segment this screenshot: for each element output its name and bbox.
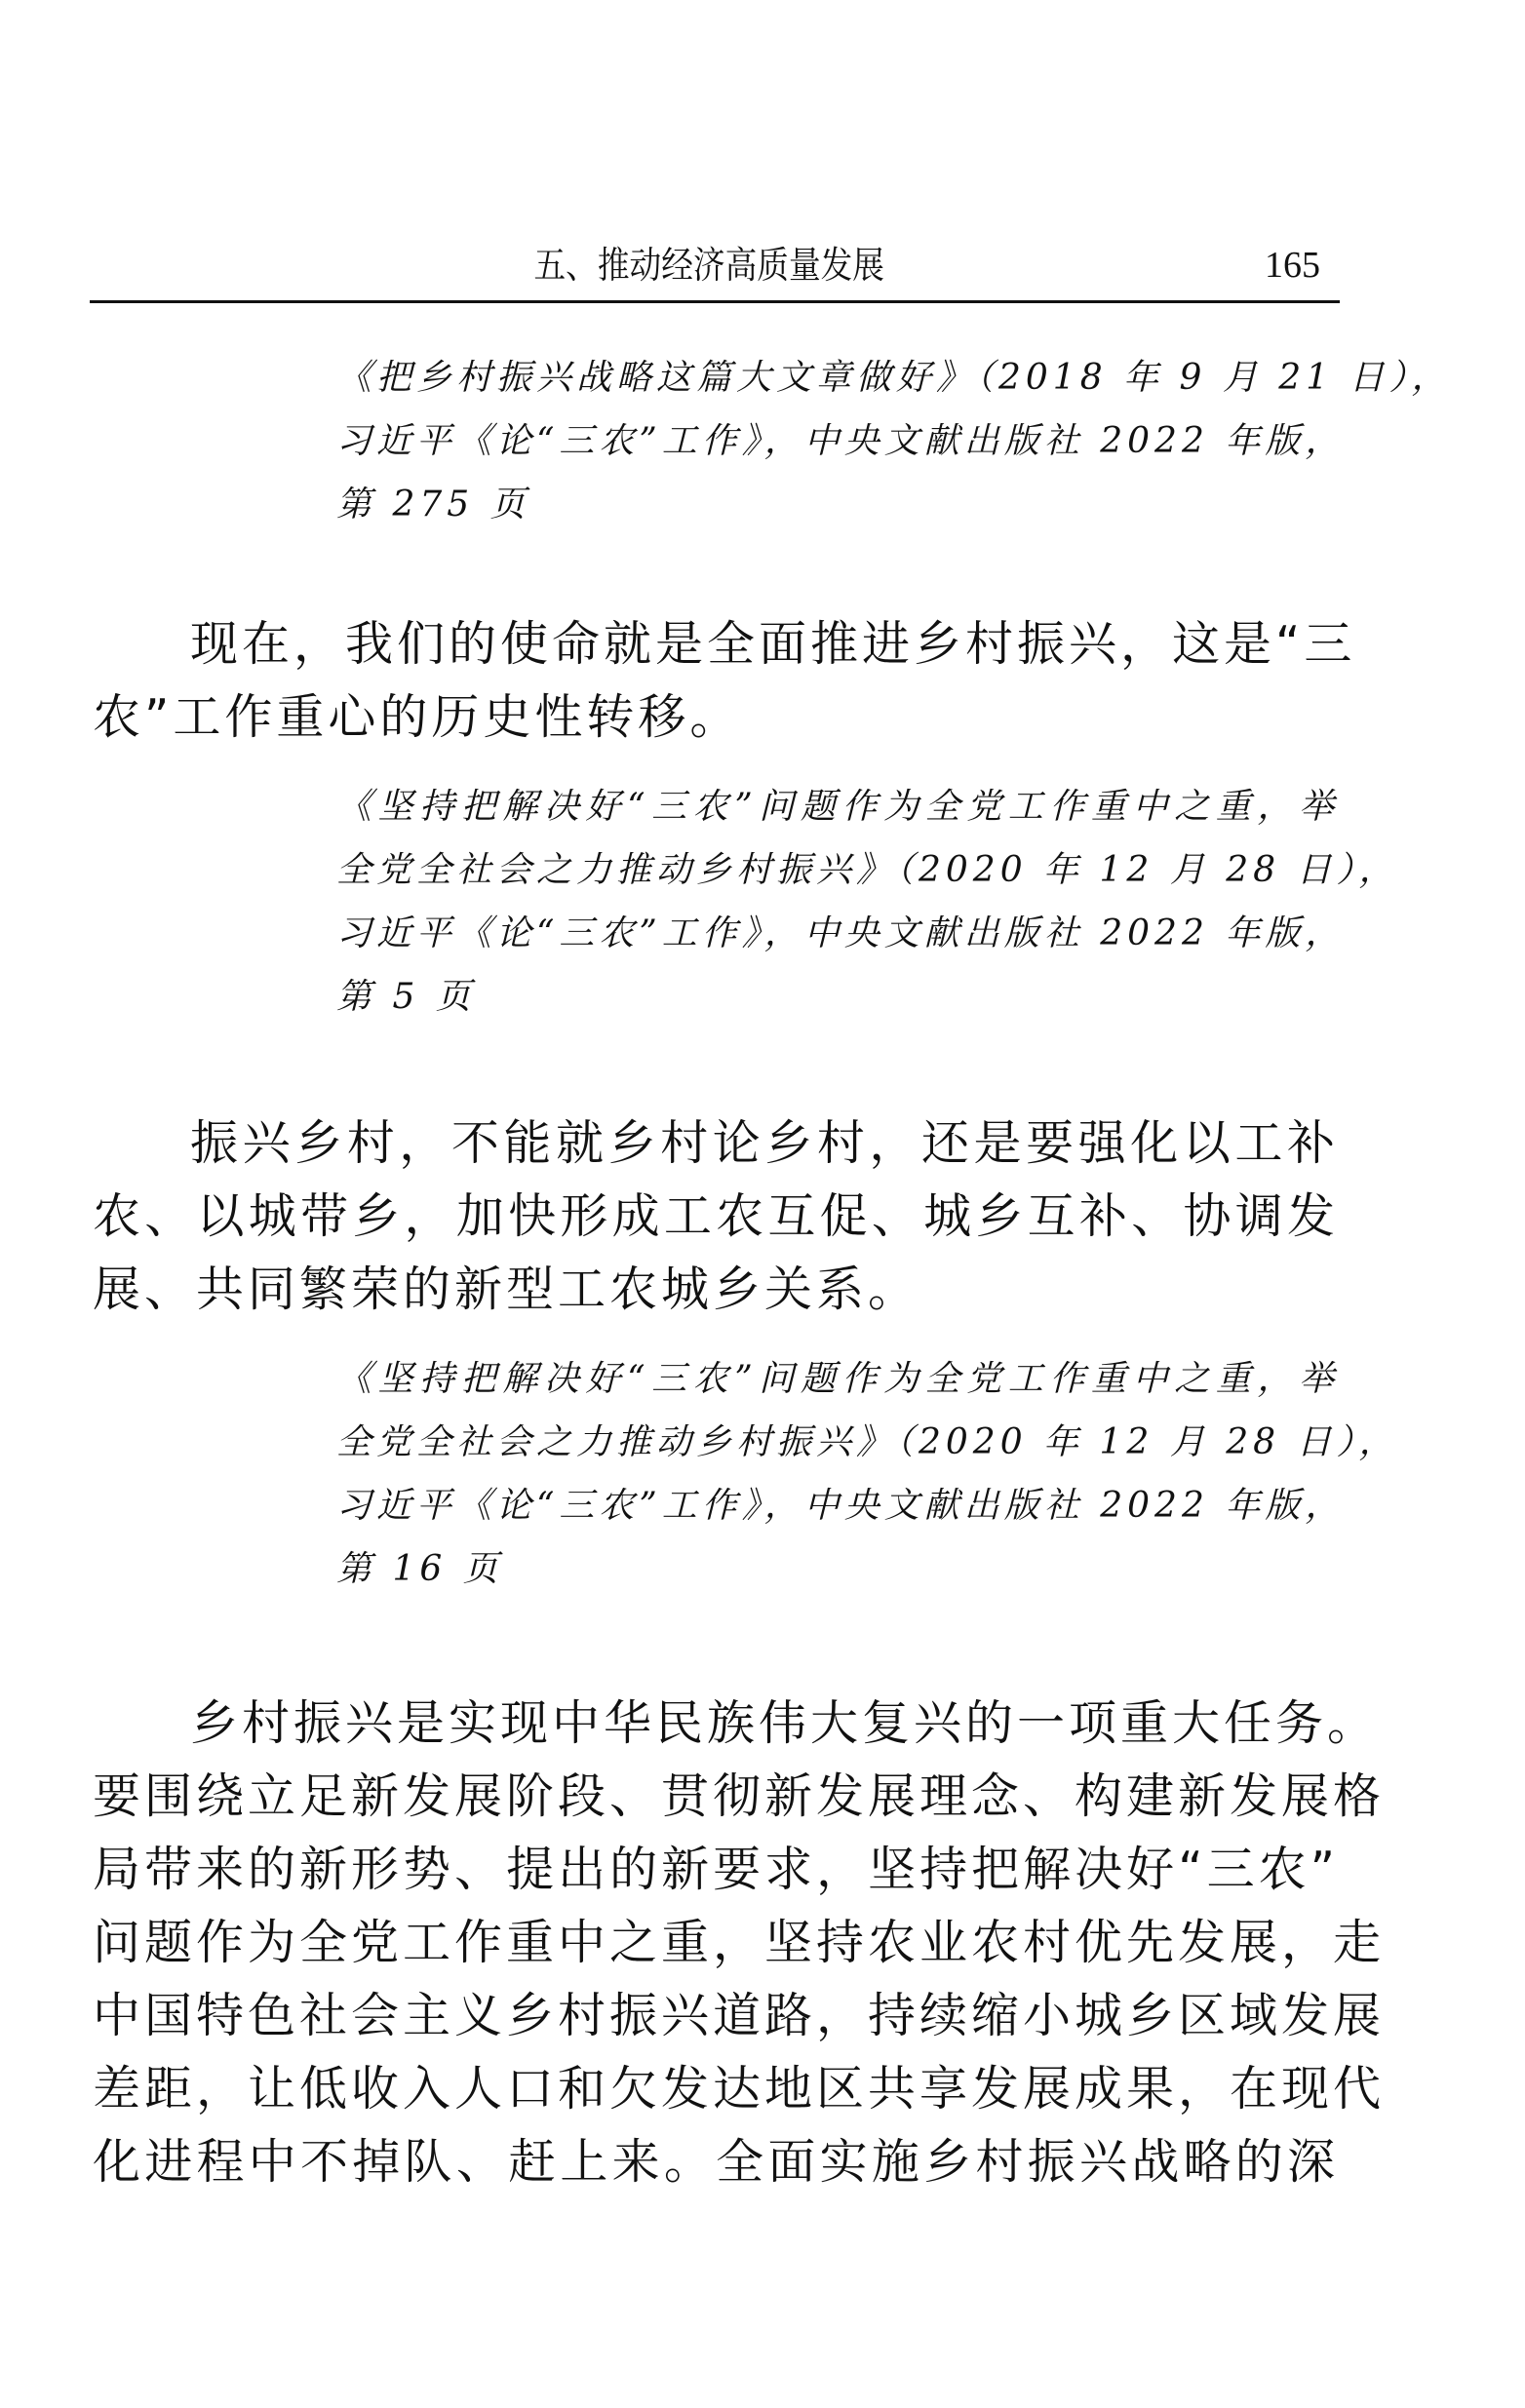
citation-line: 《坚持把解决好“三农”问题作为全党工作重中之重，举 — [336, 775, 1339, 838]
citation-line: 第 275 页 — [336, 473, 1339, 536]
paragraph-1: 现在，我们的使命就是全面推进乡村振兴，这是“三 农”工作重心的历史性转移。 — [93, 607, 1339, 754]
paragraph-line: 要围绕立足新发展阶段、贯彻新发展理念、构建新发展格 — [93, 1760, 1339, 1833]
citation-line: 习近平《论“三农”工作》，中央文献出版社 2022 年版， — [336, 409, 1339, 473]
paragraph-line: 振兴乡村，不能就乡村论乡村，还是要强化以工补 — [93, 1107, 1339, 1180]
paragraph-line: 局带来的新形势、提出的新要求，坚持把解决好“三农” — [93, 1833, 1339, 1906]
paragraph-line: 差距，让低收入人口和欠发达地区共享发展成果，在现代 — [93, 2052, 1339, 2125]
paragraph-line: 展、共同繁荣的新型工农城乡关系。 — [93, 1253, 1339, 1326]
paragraph-line: 问题作为全党工作重中之重，坚持农业农村优先发展，走 — [93, 1906, 1339, 1979]
citation-line: 全党全社会之力推动乡村振兴》（2020 年 12 月 28 日）， — [336, 838, 1339, 902]
paragraph-3: 乡村振兴是实现中华民族伟大复兴的一项重大任务。 要围绕立足新发展阶段、贯彻新发展… — [93, 1687, 1339, 2198]
paragraph-line: 现在，我们的使命就是全面推进乡村振兴，这是“三 — [93, 607, 1339, 680]
citation-3: 《坚持把解决好“三农”问题作为全党工作重中之重，举 全党全社会之力推动乡村振兴》… — [336, 1347, 1339, 1601]
paragraph-2: 振兴乡村，不能就乡村论乡村，还是要强化以工补 农、以城带乡，加快形成工农互促、城… — [93, 1107, 1339, 1326]
page-number: 165 — [1265, 236, 1320, 294]
citation-line: 习近平《论“三农”工作》，中央文献出版社 2022 年版， — [336, 902, 1339, 965]
paragraph-line: 化进程中不掉队、赶上来。全面实施乡村振兴战略的深 — [93, 2125, 1339, 2198]
citation-1: 《把乡村振兴战略这篇大文章做好》（2018 年 9 月 21 日）， 习近平《论… — [336, 346, 1339, 536]
citation-line: 第 5 页 — [336, 965, 1339, 1029]
citation-line: 全党全社会之力推动乡村振兴》（2020 年 12 月 28 日）， — [336, 1411, 1339, 1474]
citation-line: 第 16 页 — [336, 1537, 1339, 1601]
citation-2: 《坚持把解决好“三农”问题作为全党工作重中之重，举 全党全社会之力推动乡村振兴》… — [336, 775, 1339, 1029]
header-rule — [90, 300, 1340, 303]
paragraph-line: 乡村振兴是实现中华民族伟大复兴的一项重大任务。 — [93, 1687, 1339, 1760]
citation-line: 《把乡村振兴战略这篇大文章做好》（2018 年 9 月 21 日）， — [336, 346, 1339, 409]
paragraph-line: 农”工作重心的历史性转移。 — [93, 680, 1339, 754]
paragraph-line: 农、以城带乡，加快形成工农互促、城乡互补、协调发 — [93, 1180, 1339, 1253]
paragraph-line: 中国特色社会主义乡村振兴道路，持续缩小城乡区域发展 — [93, 1979, 1339, 2052]
citation-line: 习近平《论“三农”工作》，中央文献出版社 2022 年版， — [336, 1474, 1339, 1537]
chapter-title: 五、推动经济高质量发展 — [172, 236, 1247, 294]
citation-line: 《坚持把解决好“三农”问题作为全党工作重中之重，举 — [336, 1347, 1339, 1411]
running-header: 五、推动经济高质量发展 165 — [90, 234, 1340, 302]
book-page: 五、推动经济高质量发展 165 《把乡村振兴战略这篇大文章做好》（2018 年 … — [0, 0, 1525, 2408]
